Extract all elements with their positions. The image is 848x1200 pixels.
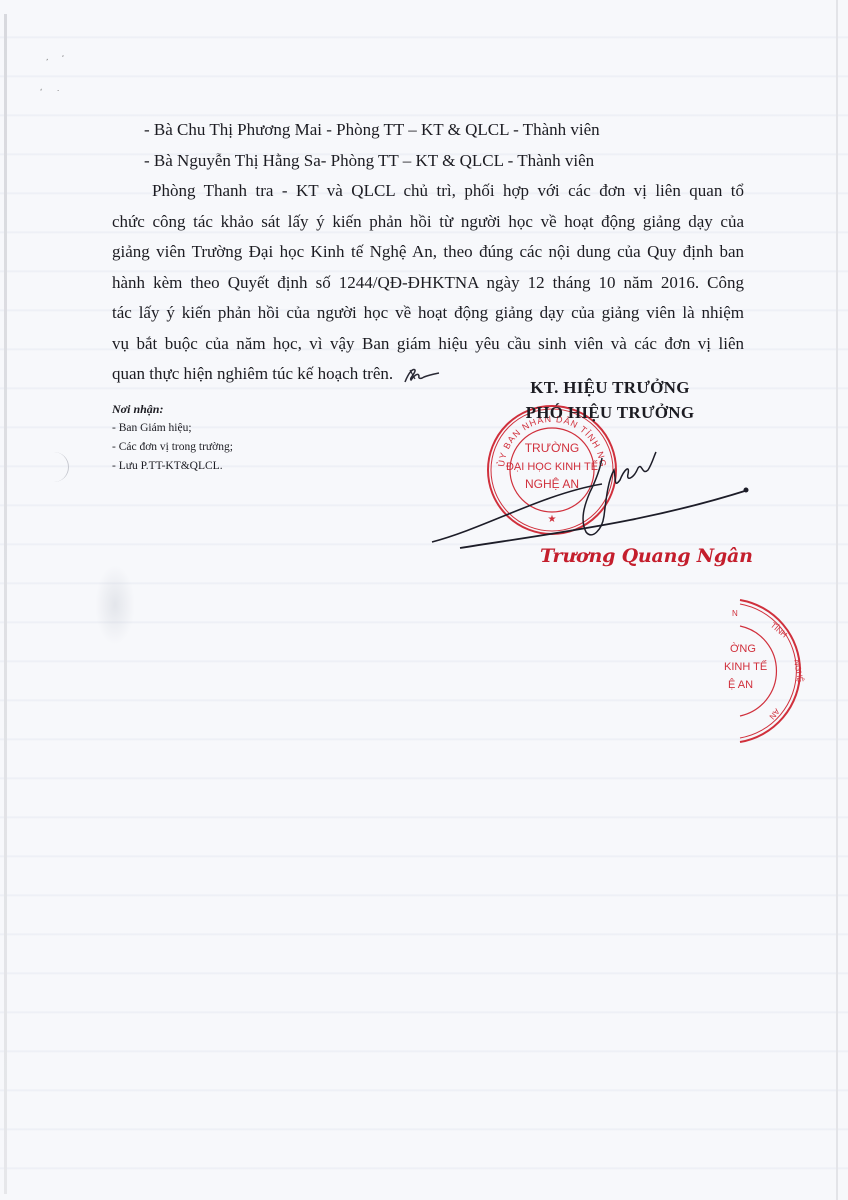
paragraph-line: Phòng Thanh tra - KT và QLCL chủ trì, ph… [112,176,744,207]
svg-text:AN: AN [767,707,781,721]
signature-block: KT. HIỆU TRƯỞNG PHÓ HIỆU TRƯỞNG [470,375,750,425]
scanned-page: ʼ ʹ ʻ · - Bà Chu Thị Phương Mai - Phòng … [0,0,848,1200]
member-line: - Bà Chu Thị Phương Mai - Phòng TT – KT … [112,115,744,146]
paragraph-line: chức công tác khảo sát lấy ý kiến phản h… [112,207,744,238]
svg-text:TỈNH: TỈNH [769,621,789,640]
svg-text:KINH TẾ: KINH TẾ [724,660,767,673]
document-body: - Bà Chu Thị Phương Mai - Phòng TT – KT … [112,115,744,390]
paragraph-line: vụ bắt buộc của năm học, vì vậy Ban giám… [112,329,744,360]
paragraph-line: tác lấy ý kiến phản hồi của người học về… [112,298,744,329]
svg-text:NGHỆ: NGHỆ [792,659,805,683]
svg-text:N: N [732,609,738,618]
signature-title-line1: KT. HIỆU TRƯỞNG [470,375,750,400]
svg-text:ỜNG: ỜNG [730,642,756,655]
scan-left-edge [4,14,7,1194]
scan-arc-mark [54,452,69,482]
recipient-item: - Các đơn vị trong trường; [112,438,233,457]
paragraph-line: giảng viên Trường Đại học Kinh tế Nghệ A… [112,237,744,268]
svg-text:Ệ AN: Ệ AN [728,678,753,691]
signature-title-line2: PHÓ HIỆU TRƯỞNG [470,400,750,425]
initials-icon [401,364,441,386]
handwritten-signature-icon [430,440,750,550]
partial-seal-icon: ỜNG KINH TẾ Ệ AN N TỈNH NGHỆ AN [710,590,848,750]
paragraph-line: hành kèm theo Quyết định số 1244/QĐ-ĐHKT… [112,268,744,299]
member-line: - Bà Nguyễn Thị Hằng Sa- Phòng TT – KT &… [112,146,744,177]
paragraph-line: quan thực hiện nghiêm túc kế hoạch trên. [112,364,393,383]
recipient-item: - Ban Giám hiệu; [112,419,233,438]
recipients-heading: Nơi nhận: [112,400,233,419]
recipient-item: - Lưu P.TT-KT&QLCL. [112,457,233,476]
scan-smudge [95,565,135,645]
recipients-block: Nơi nhận: - Ban Giám hiệu; - Các đơn vị … [112,400,233,476]
